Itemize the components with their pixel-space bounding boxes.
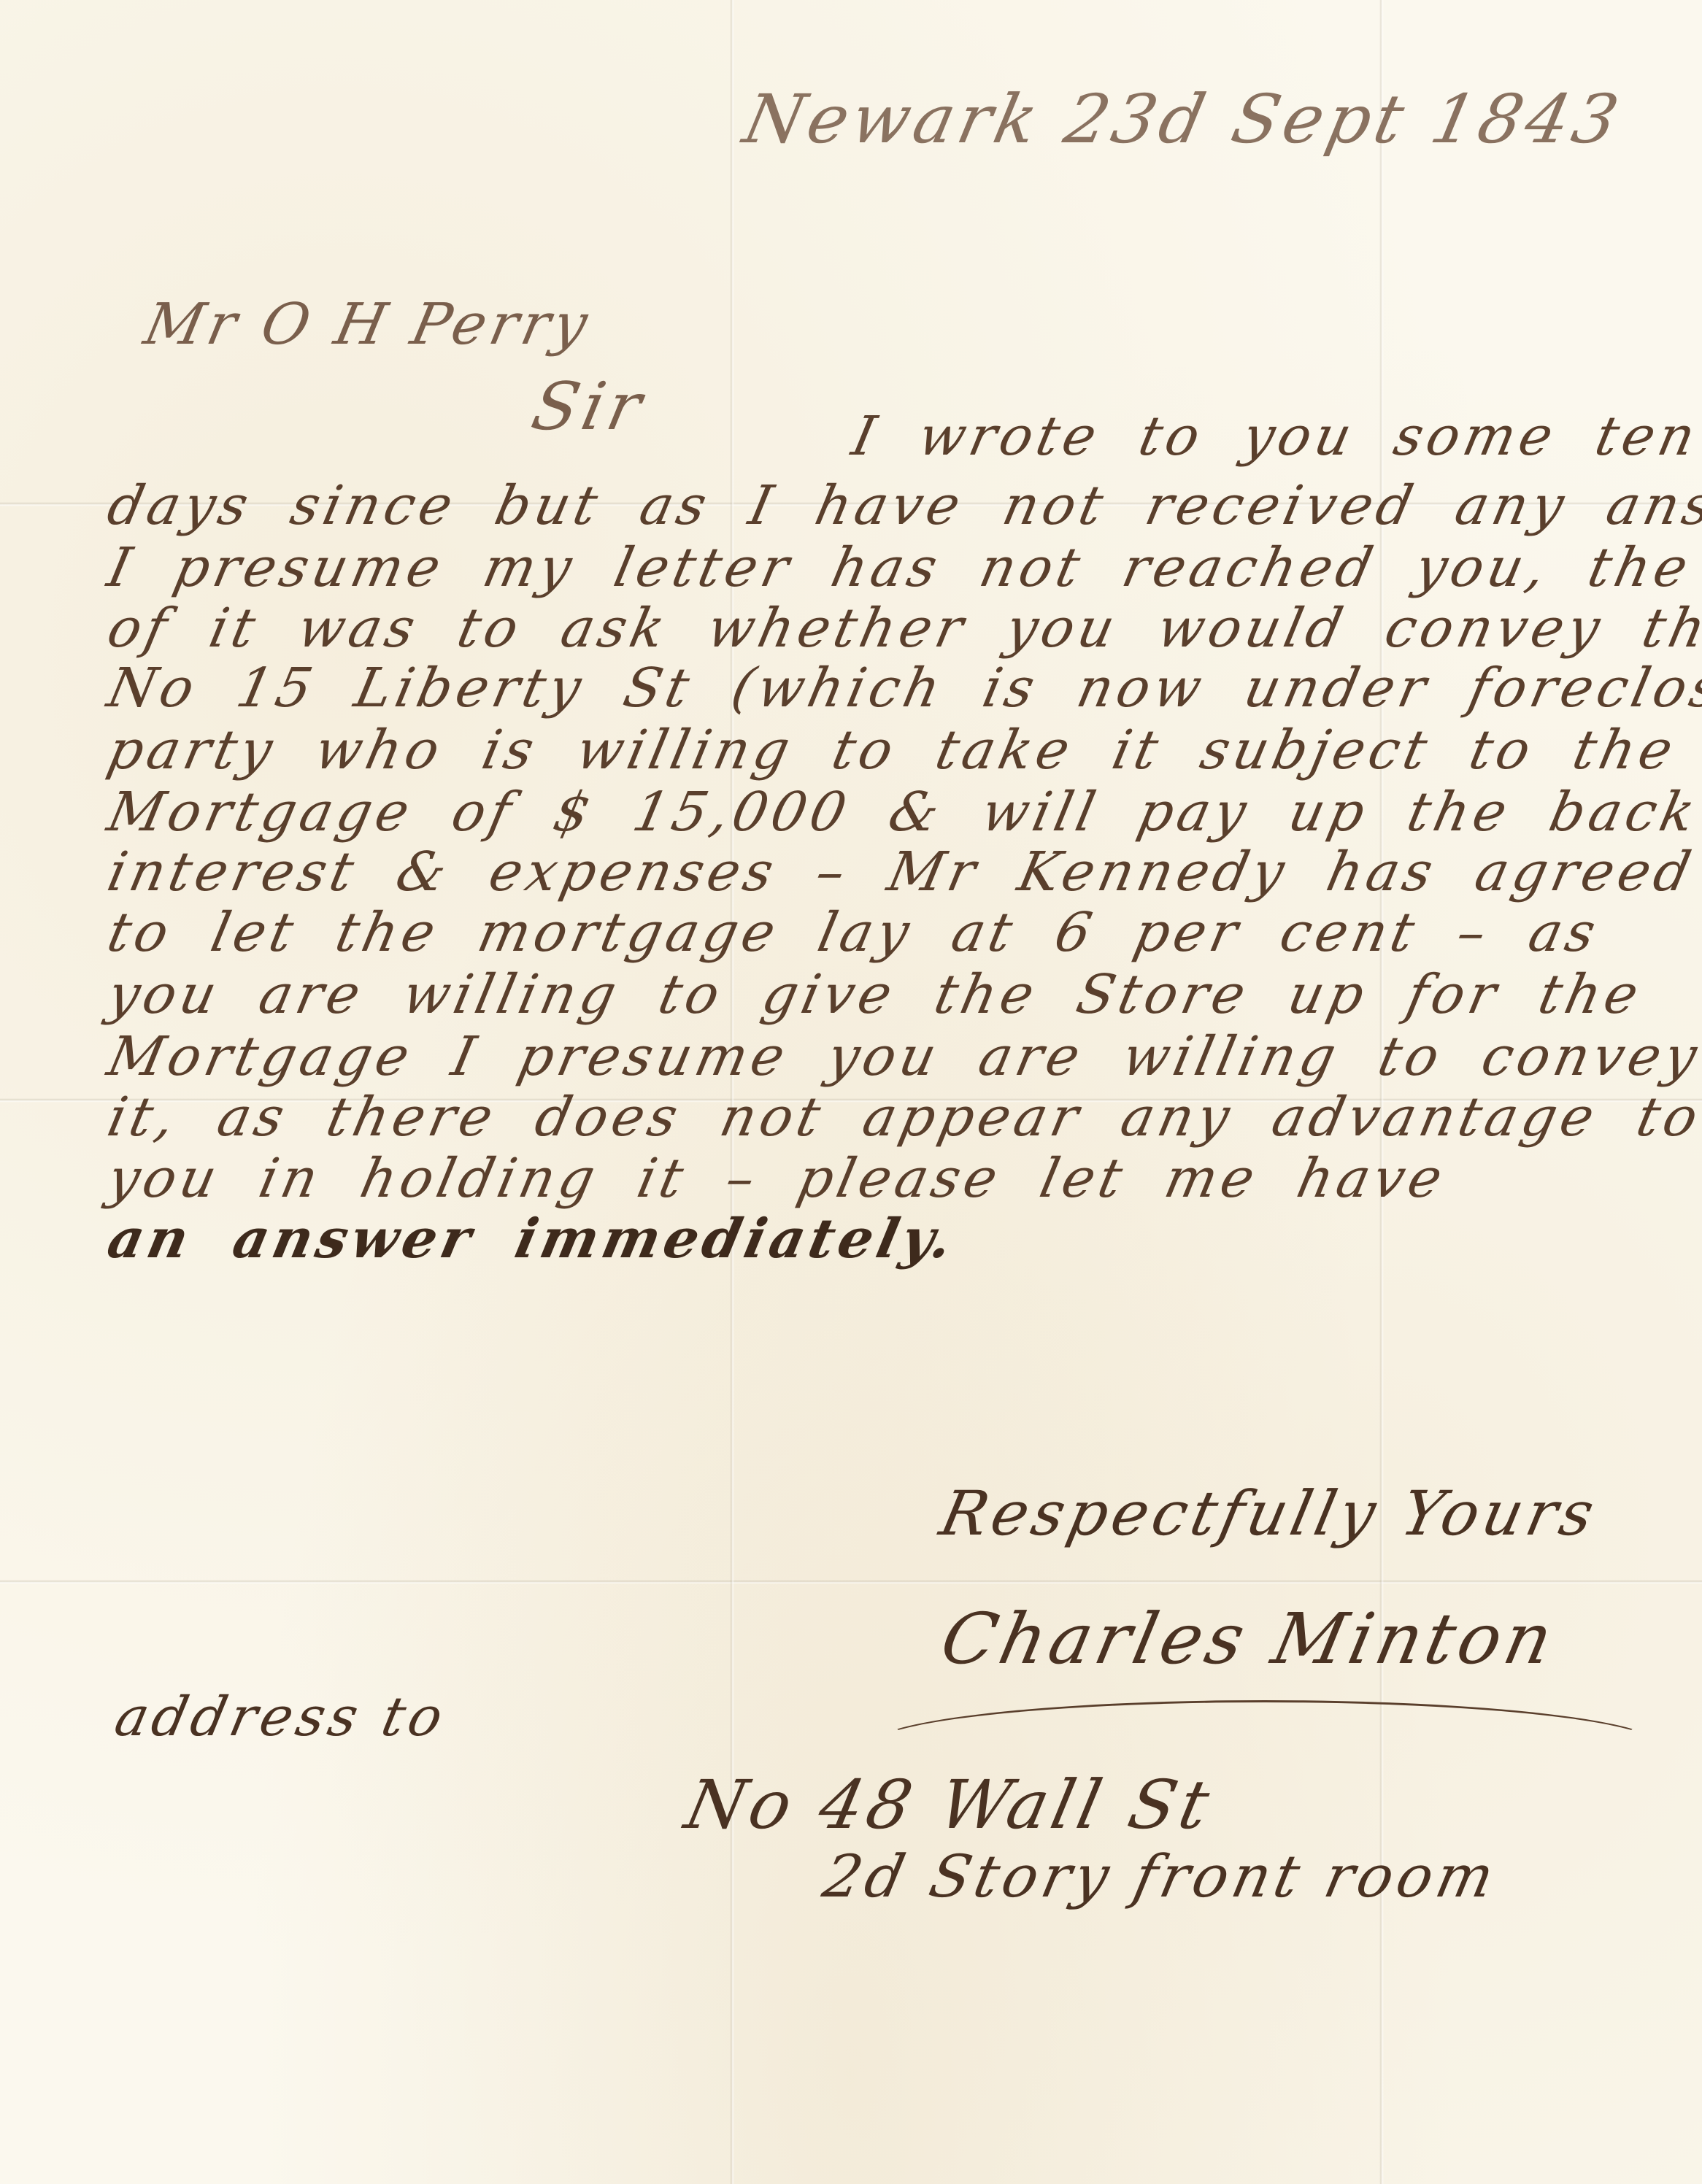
signature: Charles Minton (934, 1598, 1564, 1680)
body-line: you are willing to give the Store up for… (102, 963, 1648, 1026)
body-line: I presume my letter has not reached you,… (102, 536, 1702, 599)
address-label: address to (109, 1686, 453, 1748)
body-line: No 15 Liberty St (which is now under for… (102, 657, 1702, 719)
salutation: Sir (525, 368, 652, 445)
closing: Respectfully Yours (934, 1478, 1604, 1549)
body-line: of it was to ask whether you would conve… (102, 597, 1702, 660)
body-line: days since but as I have not received an… (102, 474, 1702, 537)
body-line: I wrote to you some ten (847, 405, 1702, 468)
fold-crease-horizontal (0, 1580, 1702, 1584)
body-line: interest & expenses – Mr Kennedy has agr… (102, 841, 1701, 903)
recipient: Mr O H Perry (139, 292, 597, 358)
address-line: No 48 Wall St (679, 1766, 1220, 1844)
body-line: Mortgage I presume you are willing to co… (102, 1025, 1702, 1088)
letter-page: Newark 23d Sept 1843 Mr O H Perry Sir I … (0, 0, 1702, 2184)
body-line: you in holding it – please let me have (102, 1147, 1452, 1210)
address-line: 2d Story front room (817, 1842, 1504, 1910)
body-line: to let the mortgage lay at 6 per cent – … (102, 901, 1605, 964)
body-line: Mortgage of $ 15,000 & will pay up the b… (102, 781, 1702, 844)
body-line: it, as there does not appear any advanta… (102, 1086, 1702, 1149)
body-line: party who is willing to take it subject … (102, 719, 1682, 782)
body-line: an answer immediately. (102, 1208, 962, 1270)
place-date: Newark 23d Sept 1843 (737, 80, 1629, 158)
